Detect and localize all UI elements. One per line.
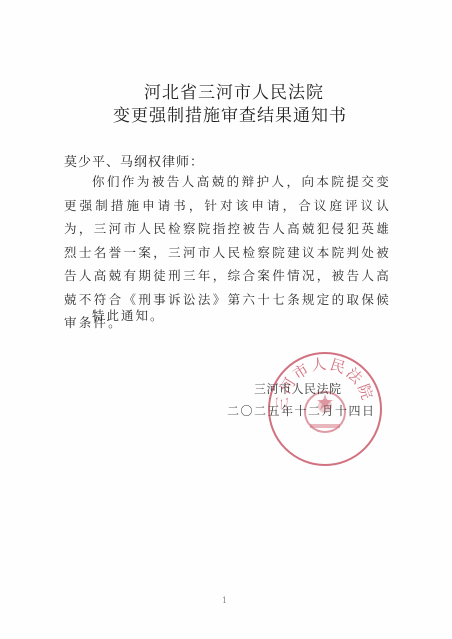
document-title-court: 河北省三河市人民法院 xyxy=(8,78,452,103)
signer-court-name: 三河市人民法院 xyxy=(254,380,342,397)
closing-line: 特此通知。 xyxy=(92,306,165,324)
page-number: 1 xyxy=(222,596,227,605)
issue-date: 二〇二五年十二月十四日 xyxy=(227,402,376,419)
document-title-notice: 变更强制措施审查结果通知书 xyxy=(4,101,452,126)
salutation: 莫少平、马纲权律师： xyxy=(64,151,204,170)
